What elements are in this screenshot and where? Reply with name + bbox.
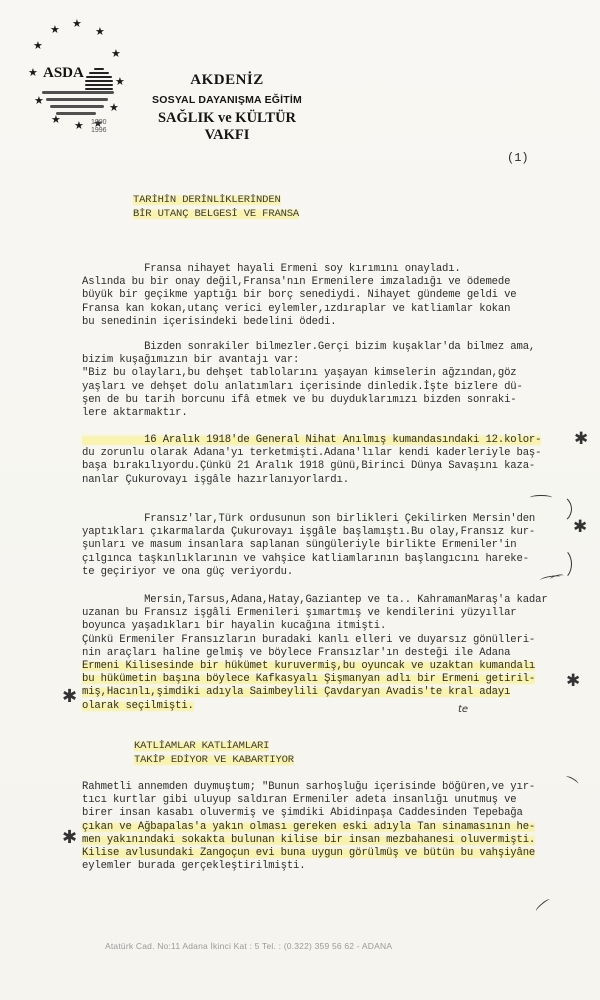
section-heading-2: KATLİAMLAR KATLİAMLARI TAKİP EDİYOR VE K… [134,739,294,767]
text-line: şen de bu tarih borcunu ifâ etmek ve bu … [82,394,517,406]
star-icon: ★ [28,67,38,78]
text-line: nanlar Çukurovayı işgâle hazırlanıyorlar… [82,474,349,486]
text-line: yaptıkları çıkarmalarda Çukurovayı işgâl… [82,526,535,538]
text-line: Çünkü Ermeniler Fransızların buradaki ka… [82,634,535,646]
paragraph: Mersin,Tarsus,Adana,Hatay,Gaziantep ve t… [82,594,548,713]
org-line-3: SAĞLIK ve KÜLTÜR VAKFI [137,110,317,144]
logo-text: ASDA [43,65,84,82]
paragraph: Rahmetli annemden duymuştum; "Bunun sarh… [82,781,535,873]
text-line: olarak seçilmişti. [82,700,194,712]
text-line: KATLİAMLAR KATLİAMLARI [134,740,269,752]
text-line: birer insan kasabı oluvermiş ve şimdiki … [82,807,523,819]
handwritten-star-icon: ✱ [573,519,587,536]
handwritten-star-icon: ✱ [62,829,77,847]
text-line: boyunca yaşadıkları bir hayalin kucağına… [82,620,386,632]
text-line: yaşları ve dehşet dolu anlatımları içeri… [82,381,523,393]
wave-icon [42,91,114,94]
text-line: tıcı kurtlar gibi uluyup saldıran Ermeni… [82,794,517,806]
handwritten-bracket [540,494,572,524]
organization-name: AKDENİZ SOSYAL DAYANIŞMA EĞİTİM SAĞLIK v… [137,72,317,144]
section-heading-1: TARİHİN DERİNLİKLERİNDEN BİR UTANÇ BELGE… [133,193,299,221]
star-icon: ★ [34,95,44,106]
footer-address: Atatürk Cad. No:11 Adana İkinci Kat : 5 … [105,941,392,951]
text-line: büyük bir geçikme yaptığı bir borç sened… [82,289,517,301]
text-line: lere aktarmaktır. [82,407,188,419]
star-icon: ★ [115,76,125,87]
text-line: Fransa nihayet hayali Ermeni soy kırımın… [82,263,461,275]
text-line: bizim kuşağımızın bir avantajı var: [82,354,299,366]
text-line: "Biz bu olayları,bu dehşet tablolarını y… [82,367,517,379]
document-page: ★ ★ ★ ★ ★ ★ ★ ★ ★ ★ ★ ★ ASDA 1990 1996 A… [0,0,600,1000]
handwritten-correction: te [458,705,468,715]
text-line: 16 Aralık 1918'de General Nihat Anılmış … [82,434,541,446]
star-icon: ★ [72,18,82,29]
star-icon: ★ [74,120,84,131]
page-number: (1) [507,151,529,165]
paragraph: Bizden sonrakiler bilmezler.Gerçi bizim … [82,341,535,420]
wave-icon [50,105,104,108]
wave-icon [46,98,108,101]
text-line: başa bırakılıyordu.Çünkü 21 Aralık 1918 … [82,460,535,472]
star-icon: ★ [95,26,105,37]
text-line: Kilise avlusundaki Zangoçun evi buna uyg… [82,847,535,859]
text-line: uzanan bu Fransız işgâli Ermenileri şıma… [82,607,517,619]
text-line: Fransız'lar,Türk ordusunun son birlikler… [82,513,535,525]
text-line: BİR UTANÇ BELGESİ VE FRANSA [133,208,299,220]
text-line: TARİHİN DERİNLİKLERİNDEN [133,194,281,206]
paragraph-highlighted: 16 Aralık 1918'de General Nihat Anılmış … [82,434,541,487]
text-line: men yakınındaki sokakta bulunan kilise b… [82,834,535,846]
text-line: Mersin,Tarsus,Adana,Hatay,Gaziantep ve t… [82,594,548,606]
paragraph: Fransız'lar,Türk ordusunun son birlikler… [82,513,535,579]
star-icon: ★ [33,40,43,51]
text-line: TAKİP EDİYOR VE KABARTIYOR [134,754,294,766]
star-icon: ★ [109,102,119,113]
handwritten-star-icon: ✱ [574,431,588,448]
sun-icon [84,68,114,90]
star-icon: ★ [50,24,60,35]
handwritten-mark [565,775,580,786]
text-line: Aslında bu bir onay değil,Fransa'nın Erm… [82,276,510,288]
logo-years: 1990 1996 [91,119,107,135]
text-line: Ermeni Kilisesinde bir hükümet kuruvermi… [82,660,535,672]
text-line: bu hükümetin başına böylece Kafkasyalı Ş… [82,673,535,685]
text-line: du zorunlu olarak Adana'yı terketmişti.A… [82,447,541,459]
text-line: bu senedinin içerisindeki bedelini ödedi… [82,316,337,328]
text-line: te geçiriyor ve ona güç veriyordu. [82,566,293,578]
org-line-1: AKDENİZ [137,72,317,89]
text-line: nin araçları haline gelmiş ve böylece Fr… [82,647,510,659]
text-line: Fransa kan kokan,utanç verici eylemler,ı… [82,303,510,315]
text-line: çıkan ve Ağbapalas'a yakın olması gereke… [82,821,535,833]
handwritten-mark [534,898,551,913]
asda-logo: ★ ★ ★ ★ ★ ★ ★ ★ ★ ★ ★ ★ ASDA 1990 1996 [28,18,128,130]
star-icon: ★ [51,114,61,125]
star-icon: ★ [111,48,121,59]
text-line: eylemler burada gerçekleştirilmişti. [82,860,305,872]
handwritten-star-icon: ✱ [566,673,580,690]
text-line: Rahmetli annemden duymuştum; "Bunun sarh… [82,781,535,793]
text-line: şunları ve masum insanlara saplanan süng… [82,539,517,551]
handwritten-bracket [540,574,561,582]
text-line: çılgınca taşkınlıklarının ve vahşice kat… [82,553,529,565]
wave-icon [56,112,96,115]
org-line-2: SOSYAL DAYANIŞMA EĞİTİM [137,94,317,106]
text-line: miş,Hacınlı,şimdiki adıyla Saimbeylili Ç… [82,686,510,698]
paragraph: Fransa nihayet hayali Ermeni soy kırımın… [82,263,517,329]
text-line: Bizden sonrakiler bilmezler.Gerçi bizim … [82,341,535,353]
handwritten-star-icon: ✱ [62,688,77,706]
